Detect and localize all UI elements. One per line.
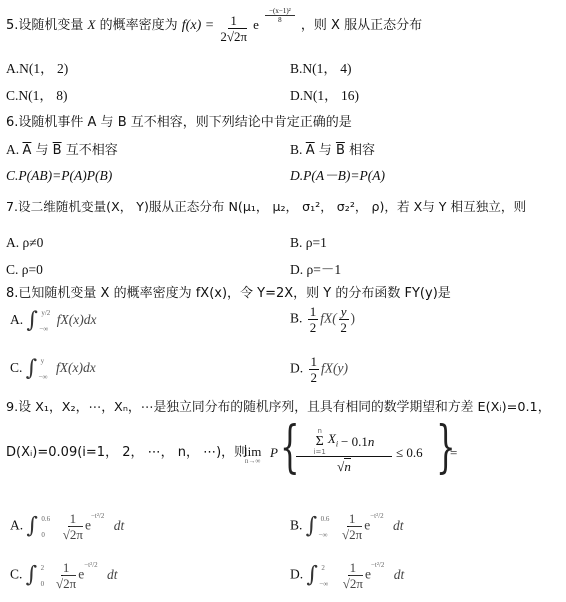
q5-exp-den: 8 — [278, 16, 282, 24]
q5-exponent: −(x−1)² 8 — [265, 8, 295, 24]
q9-a-upper: 0.6 — [41, 511, 50, 527]
question-5-stem: 5.设随机变量 X 的概率密度为 f(x) = 1 2√2π e −(x−1)²… — [6, 11, 422, 40]
question-8-stem: 8.已知随机变量 X 的概率密度为 fX(x)，令 Y=2X，则 Y 的分布函数… — [6, 286, 451, 302]
q5-coef-fraction: 1 2√2π — [220, 14, 247, 43]
question-7-stem: 7.设二维随机变量(X， Y)服从正态分布 N(μ₁， μ₂， σ₁²， σ₂²… — [6, 199, 526, 215]
q9-p: P — [270, 445, 278, 461]
q9-d-coef: 1√2π — [343, 561, 363, 590]
q9-b-coef: 1√2π — [342, 512, 362, 541]
q9-b-label: B. — [290, 518, 302, 533]
q9-a-exp: −t²/2 — [91, 512, 104, 520]
q9-den-n: n — [344, 458, 351, 474]
q5-var-x: X — [88, 17, 96, 32]
q6-a-tail: 互不相容 — [62, 143, 118, 158]
q7-option-a: A. ρ≠0 — [6, 235, 43, 251]
q9-lim-sub: n→∞ — [245, 458, 261, 465]
q9-b-one: 1 — [347, 512, 358, 527]
q8-b-arg: y2 — [339, 305, 349, 334]
q5-option-b: B.N(1， 4) — [290, 61, 352, 77]
q5-exp-num: −(x−1)² — [265, 8, 295, 16]
integral-icon: ∫ — [26, 563, 37, 588]
q9-b-upper: 0.6 — [321, 511, 330, 527]
q9-eq: = — [450, 445, 457, 461]
q8-a-label: A. — [10, 312, 23, 327]
q8-c-label: C. — [10, 360, 22, 375]
q8-option-b: B. 12fX(y2) — [290, 305, 355, 334]
q9-minus-term: − 0.1n — [341, 434, 374, 450]
q9-option-b: B. ∫ 0.6 −∞ 1√2πe−t²/2 dt — [290, 512, 404, 541]
q8-d-label: D. — [290, 361, 303, 376]
q8-option-c: C. ∫ y −∞ fX(x)dx — [10, 355, 96, 383]
q8-c-limits: y −∞ — [41, 355, 53, 383]
q6-a-label: A. — [6, 142, 19, 157]
integral-icon: ∫ — [26, 356, 37, 381]
q9-fraction: n Σ i=1 Xi − 0.1n √n — [296, 428, 392, 475]
q9-d-rad: √2π — [343, 576, 363, 590]
q7-option-b: B. ρ=1 — [290, 235, 327, 251]
q5-den-radicand: 2π — [234, 28, 247, 44]
q9-d-upper: 2 — [321, 560, 325, 576]
q8-a-limits: y/2 −∞ — [41, 307, 53, 335]
q9-a-rad: √2π — [63, 527, 83, 541]
q8-a-upper: y/2 — [41, 305, 50, 321]
q8-a-lower: −∞ — [39, 321, 48, 337]
integral-icon: ∫ — [27, 514, 38, 539]
q9-option-c: C. ∫ 2 0 1√2πe−t²/2 dt — [10, 561, 118, 590]
q9-c-rad-text: 2π — [63, 575, 76, 591]
q9-d-dt: dt — [394, 567, 405, 582]
q6-a-mid: 与 — [31, 143, 52, 158]
q9-sum: n Σ i=1 — [314, 428, 326, 456]
q9-a-limits: 0.6 0 — [41, 513, 57, 541]
q9-d-label: D. — [290, 567, 303, 582]
q9-a-dt: dt — [114, 518, 125, 533]
q9-fraction-num: n Σ i=1 Xi − 0.1n — [296, 428, 392, 457]
q9-line2-text: D(Xᵢ)=0.09(i=1， 2， ⋯， n， ⋯)，则 — [6, 445, 247, 461]
q9-c-upper: 2 — [41, 560, 45, 576]
q9-b-rad-text: 2π — [349, 526, 362, 542]
q8-b-half-num: 1 — [308, 305, 319, 320]
q9-d-one: 1 — [348, 561, 359, 576]
q9-d-lower: −∞ — [319, 576, 328, 592]
q9-option-d: D. ∫ 2 −∞ 1√2πe−t²/2 dt — [290, 561, 404, 590]
q9-a-label: A. — [10, 518, 23, 533]
question-6-stem: 6.设随机事件 A 与 B 互不相容，则下列结论中肯定正确的是 — [6, 115, 352, 131]
q7-option-d: D. ρ=－1 — [290, 262, 341, 278]
q9-d-rad-text: 2π — [350, 575, 363, 591]
q6-option-c: C.P(AB)=P(A)P(B) — [6, 168, 112, 184]
q9-le: ≤ 0.6 — [396, 445, 423, 461]
integral-icon: ∫ — [27, 308, 38, 333]
q6-option-b: B. A 与 B 相容 — [290, 142, 375, 159]
q8-option-d: D. 12fX(y) — [290, 355, 348, 384]
q5-option-a: A.N(1， 2) — [6, 61, 68, 77]
q9-b-exp: −t²/2 — [370, 512, 383, 520]
q5-coef-num: 1 — [228, 14, 239, 29]
q5-exp-num-text: (x−1)² — [273, 7, 291, 15]
q8-b-half: 12 — [308, 305, 319, 334]
q8-b-f: fX( — [320, 311, 337, 326]
q9-b-dt: dt — [393, 518, 404, 533]
q8-d-half-num: 1 — [309, 355, 320, 370]
q9-c-rad: √2π — [56, 576, 76, 590]
q9-b-lower: −∞ — [319, 527, 328, 543]
q9-sum-bot: i=1 — [314, 449, 326, 456]
q8-option-a: A. ∫ y/2 −∞ fX(x)dx — [10, 307, 96, 335]
q5-stem-mid: 的概率密度为 — [100, 18, 178, 33]
q9-c-lower: 0 — [41, 576, 45, 592]
q8-d-half-den: 2 — [311, 370, 318, 384]
q9-xi: Xi — [328, 431, 338, 453]
q6-b-bbar: B — [336, 143, 345, 158]
q6-b-abar: A — [306, 143, 315, 158]
q9-d-exp: −t²/2 — [371, 561, 384, 569]
q8-b-arg-den: 2 — [340, 320, 347, 334]
q6-b-label: B. — [290, 142, 302, 157]
q9-d-limits: 2 −∞ — [321, 562, 337, 590]
q5-fx: f(x) = — [182, 18, 214, 33]
q6-b-tail: 相容 — [345, 143, 375, 158]
q5-option-d: D.N(1， 16) — [290, 88, 359, 104]
q8-b-arg-num: y — [339, 305, 349, 320]
question-9-stem-line1: 9.设 X₁，X₂，⋯，Xₙ，⋯是独立同分布的随机序列，且具有相同的数学期望和方… — [6, 400, 551, 416]
q5-stem-suffix: ，则 X 服从正态分布 — [301, 18, 422, 33]
q9-fraction-den: √n — [337, 457, 351, 475]
sigma-icon: Σ — [316, 435, 324, 449]
q9-c-one: 1 — [61, 561, 72, 576]
integral-icon: ∫ — [307, 563, 318, 588]
q8-c-integrand: fX(x)dx — [56, 360, 96, 375]
q9-limit: lim n→∞ — [244, 445, 261, 465]
q9-a-rad-text: 2π — [70, 526, 83, 542]
q8-d-half: 12 — [309, 355, 320, 384]
q9-b-limits: 0.6 −∞ — [321, 513, 337, 541]
q9-c-exp: −t²/2 — [84, 561, 97, 569]
q9-c-dt: dt — [107, 567, 118, 582]
q9-b-rad: √2π — [342, 527, 362, 541]
integral-icon: ∫ — [306, 514, 317, 539]
q6-option-d: D.P(A－B)=P(A) — [290, 168, 385, 184]
q9-option-a: A. ∫ 0.6 0 1√2πe−t²/2 dt — [10, 512, 124, 541]
q8-b-half-den: 2 — [310, 320, 317, 334]
q8-d-f: fX(y) — [321, 361, 348, 376]
q7-option-c: C. ρ=0 — [6, 262, 43, 278]
q9-a-lower: 0 — [41, 527, 45, 543]
q9-c-coef: 1√2π — [56, 561, 76, 590]
q5-option-c: C.N(1， 8) — [6, 88, 68, 104]
q6-option-a: A. A 与 B 互不相容 — [6, 142, 118, 159]
sqrt-icon: √ — [227, 29, 234, 44]
q8-c-lower: −∞ — [39, 369, 48, 385]
q5-stem-prefix: 5.设随机变量 — [6, 18, 83, 33]
q8-a-integrand: fX(x)dx — [57, 312, 97, 327]
q8-b-label: B. — [290, 311, 302, 326]
q9-c-label: C. — [10, 567, 22, 582]
q5-coef-den: 2√2π — [220, 29, 247, 43]
q6-a-bbar: B — [53, 143, 62, 158]
q5-e: e — [253, 17, 259, 32]
q8-c-upper: y — [41, 353, 45, 369]
q9-a-coef: 1√2π — [63, 512, 83, 541]
q9-c-limits: 2 0 — [41, 562, 51, 590]
q6-b-mid: 与 — [315, 143, 336, 158]
q9-a-one: 1 — [68, 512, 79, 527]
q8-b-close: ) — [351, 311, 356, 326]
